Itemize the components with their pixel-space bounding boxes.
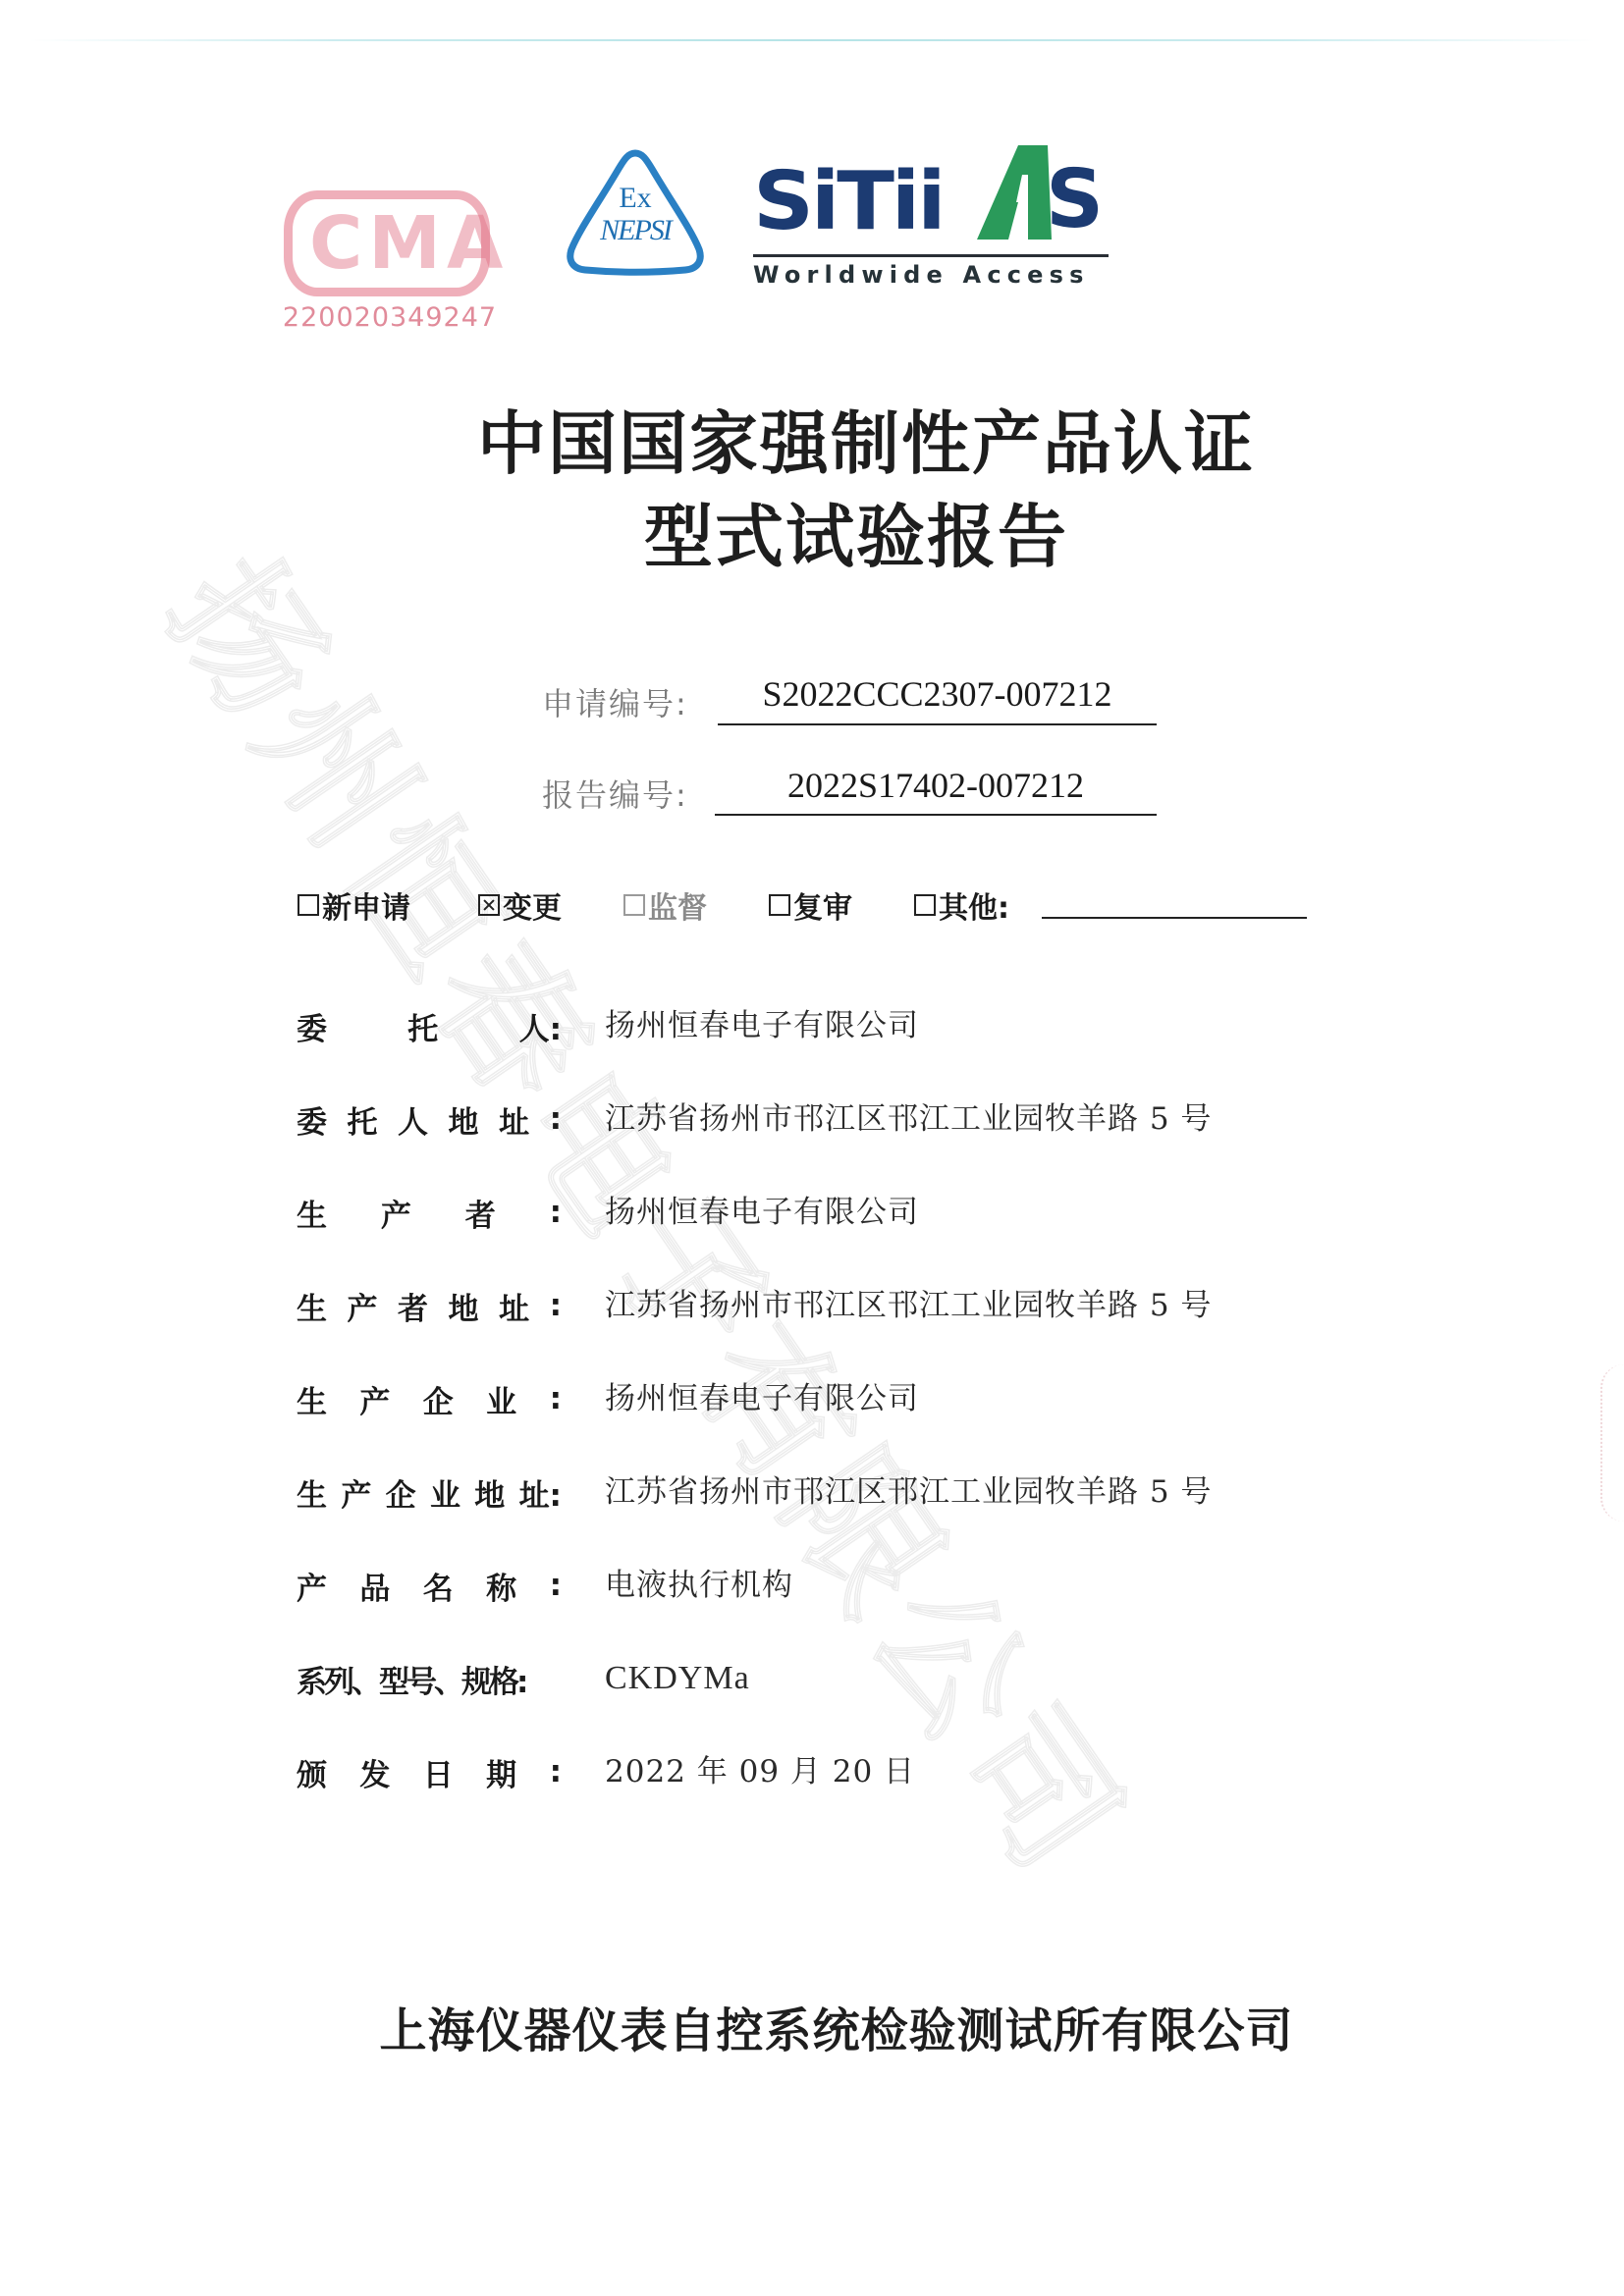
label-char: 人: (519, 1004, 562, 1048)
label-char: 委 (297, 1004, 327, 1048)
checkbox-label: 变更 (503, 883, 562, 927)
issuer-name: 上海仪器仪表自控系统检验测试所有限公司 (0, 1993, 1624, 2060)
label-char: 委 (297, 1097, 327, 1142)
label-char: 产 (381, 1191, 411, 1235)
label-char: 企 (423, 1377, 454, 1421)
label-char: 业 (430, 1470, 460, 1515)
field-value: 电液执行机构 (605, 1563, 793, 1608)
field-label: 生 产 者 地 址 : (297, 1283, 562, 1328)
sitiias-tagline: Worldwide Access (753, 261, 1112, 289)
label-char: 产 (297, 1564, 327, 1608)
label-char: 者 (398, 1284, 428, 1328)
label-char: : (550, 1381, 562, 1416)
label-char: 发 (359, 1750, 390, 1794)
label-char: : (550, 1101, 562, 1137)
label-char: : (550, 1195, 562, 1230)
label-char: 生 (297, 1470, 327, 1515)
label-char: 托 (348, 1097, 378, 1142)
field-client: 委 托 人: 扬州恒春电子有限公司 (297, 1003, 1377, 1048)
checkbox-supervision[interactable]: 监督 (623, 883, 707, 927)
field-label: 颁 发 日 期 : (297, 1749, 562, 1794)
report-title-line2: 型式试验报告 (0, 496, 1624, 578)
label-char: 址 (499, 1097, 529, 1142)
checkbox-other[interactable]: 其他: (914, 883, 1009, 927)
label-char: 日 (423, 1750, 454, 1794)
label-char: 地 (449, 1097, 479, 1142)
label-char: 称 (486, 1564, 516, 1608)
label-char: 者 (465, 1191, 496, 1235)
label-char: 托 (407, 1004, 438, 1048)
field-label: 系列、型号、规格: (297, 1656, 562, 1701)
checkbox-change[interactable]: 变更 (478, 883, 562, 927)
field-value: 扬州恒春电子有限公司 (605, 1190, 919, 1235)
field-label: 产 品 名 称 : (297, 1563, 562, 1608)
checkbox-label: 监督 (648, 883, 707, 927)
checkbox-label: 新申请 (322, 883, 410, 927)
field-value: 江苏省扬州市邗江区邗江工业园牧羊路 5 号 (605, 1283, 1212, 1328)
application-number-label: 申请编号: (542, 679, 688, 724)
checkbox-unchecked-icon (769, 894, 790, 916)
label-char: 业 (486, 1377, 516, 1421)
nepsi-ex-text: Ex (564, 182, 707, 215)
cma-stamp-letters: CMA (309, 204, 466, 283)
cma-stamp-number: 220020349247 (282, 302, 498, 333)
field-value: 扬州恒春电子有限公司 (605, 1003, 919, 1048)
label-char: 生 (297, 1191, 327, 1235)
label-char: 企 (386, 1470, 416, 1515)
field-label: 委 托 人: (297, 1003, 562, 1048)
label-char: 生 (297, 1284, 327, 1328)
field-value: CKDYMa (605, 1656, 750, 1701)
nepsi-logo: Ex NEPSI (564, 147, 707, 277)
field-manufacturer-address: 生 产 者 地 址 : 江苏省扬州市邗江区邗江工业园牧羊路 5 号 (297, 1283, 1377, 1328)
sitiias-wordmark-left: SiTii (753, 165, 944, 240)
sitiias-wordmark-right: S (1046, 163, 1104, 238)
label-char: : (550, 1568, 562, 1603)
label-char: 产 (348, 1284, 378, 1328)
checkbox-label: 其他: (939, 883, 1009, 927)
other-input-line[interactable] (1042, 917, 1307, 919)
checkbox-new-application[interactable]: 新申请 (298, 883, 410, 927)
label-char: : (550, 1288, 562, 1323)
label-char: 人 (398, 1097, 428, 1142)
field-factory-address: 生 产 企 业 地 址: 江苏省扬州市邗江区邗江工业园牧羊路 5 号 (297, 1469, 1377, 1515)
label-char: 品 (359, 1564, 390, 1608)
checkbox-checked-icon (478, 894, 500, 916)
field-client-address: 委 托 人 地 址 : 江苏省扬州市邗江区邗江工业园牧羊路 5 号 (297, 1096, 1377, 1142)
checkbox-unchecked-icon (298, 894, 319, 916)
report-number-value: 2022S17402-007212 (715, 765, 1157, 806)
field-model: 系列、型号、规格: CKDYMa (297, 1656, 1377, 1701)
application-number-value: S2022CCC2307-007212 (718, 673, 1157, 715)
cma-stamp: CMA 220020349247 (280, 187, 498, 344)
sitiias-divider (753, 254, 1109, 257)
label-char: 址 (499, 1284, 529, 1328)
sitiias-a-icon (977, 145, 1054, 243)
label-char: 址: (519, 1470, 562, 1515)
scan-artifact-line (29, 39, 1595, 41)
edge-stamp-fragment (1600, 1364, 1624, 1522)
field-value: 江苏省扬州市邗江区邗江工业园牧羊路 5 号 (605, 1469, 1212, 1515)
nepsi-name-text: NEPSI (564, 214, 707, 247)
label-char: 地 (449, 1284, 479, 1328)
report-number-label: 报告编号: (542, 771, 688, 816)
label-char: 生 (297, 1377, 327, 1421)
field-value: 2022 年 09 月 20 日 (605, 1749, 915, 1794)
field-label: 生 产 企 业 地 址: (297, 1469, 562, 1515)
checkbox-review[interactable]: 复审 (769, 883, 852, 927)
label-char: 产 (341, 1470, 371, 1515)
field-label: 生 产 者 : (297, 1190, 562, 1235)
application-number-underline (718, 723, 1157, 725)
report-number-underline (715, 814, 1157, 816)
label-char: 地 (474, 1470, 505, 1515)
field-value: 江苏省扬州市邗江区邗江工业园牧羊路 5 号 (605, 1096, 1212, 1142)
label-char: 名 (423, 1564, 454, 1608)
label-char: 产 (359, 1377, 390, 1421)
label-char: 期 (486, 1750, 516, 1794)
field-issue-date: 颁 发 日 期 : 2022 年 09 月 20 日 (297, 1749, 1377, 1794)
checkbox-unchecked-icon (623, 894, 645, 916)
label-char: : (550, 1754, 562, 1789)
report-title-line1: 中国国家强制性产品认证 (0, 402, 1624, 485)
field-label: 委 托 人 地 址 : (297, 1096, 562, 1142)
field-product-name: 产 品 名 称 : 电液执行机构 (297, 1563, 1377, 1608)
checkbox-label: 复审 (793, 883, 852, 927)
checkbox-unchecked-icon (914, 894, 936, 916)
field-factory: 生 产 企 业 : 扬州恒春电子有限公司 (297, 1376, 1377, 1421)
sitiias-logo: SiTii S Worldwide Access (751, 145, 1114, 293)
field-manufacturer: 生 产 者 : 扬州恒春电子有限公司 (297, 1190, 1377, 1235)
label-char: 颁 (297, 1750, 327, 1794)
field-label: 生 产 企 业 : (297, 1376, 562, 1421)
sitiias-wordmark: SiTii (753, 163, 934, 240)
field-value: 扬州恒春电子有限公司 (605, 1376, 919, 1421)
label-char: 系列、型号、规格: (297, 1657, 525, 1701)
